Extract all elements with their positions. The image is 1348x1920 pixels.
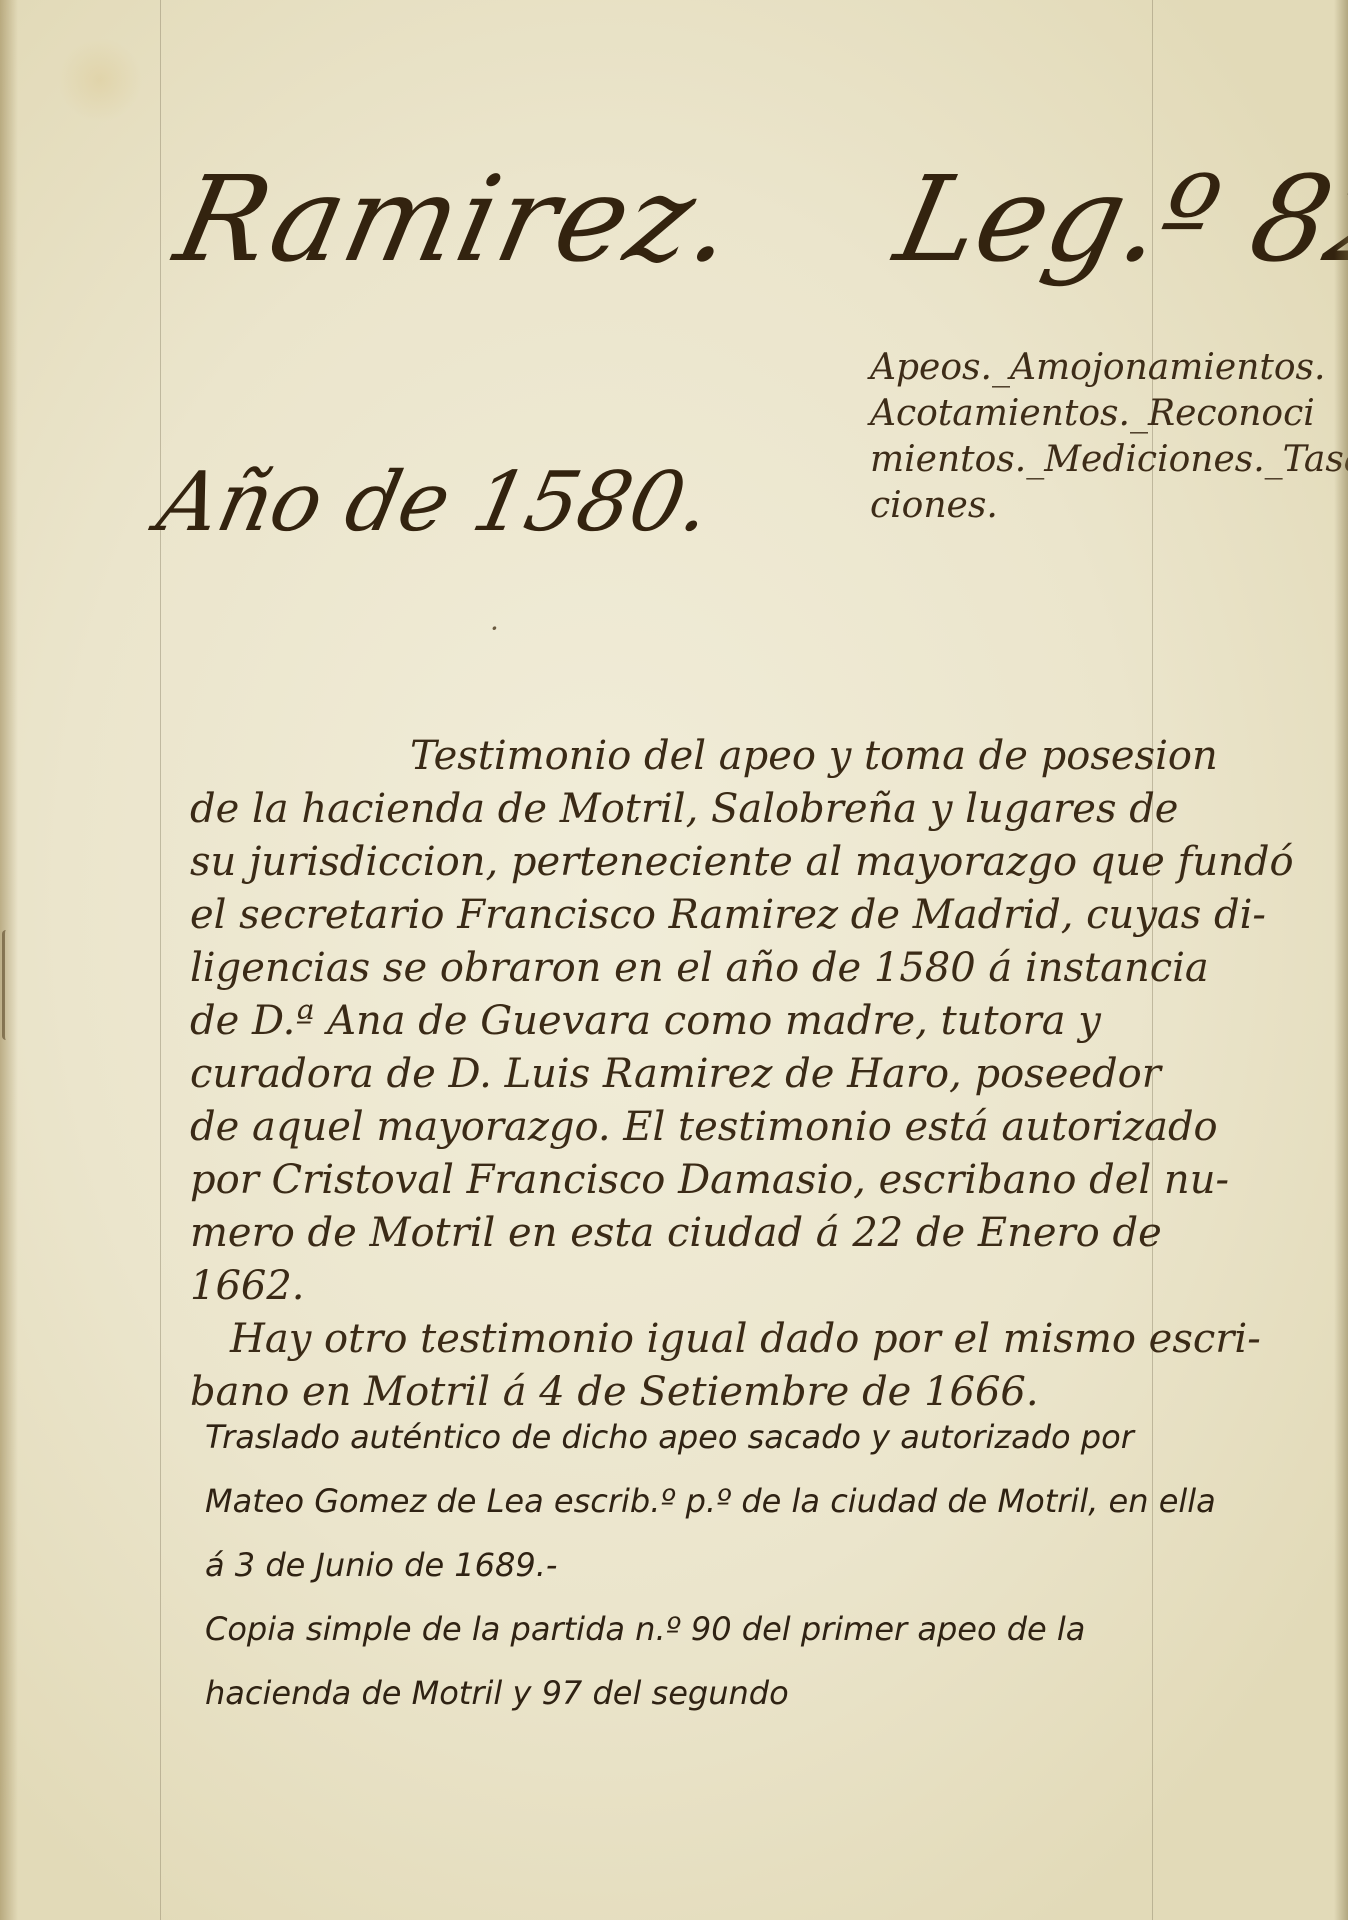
- separator-dot: ·: [490, 612, 499, 645]
- body-line: 1662.: [190, 1260, 1330, 1313]
- subject-keywords: Apeos._Amojonamientos. Acotamientos._Rec…: [870, 345, 1340, 529]
- legajo-number: Leg.º 82.: [885, 150, 1348, 288]
- annotation-line: Copia simple de la partida n.º 90 del pr…: [205, 1597, 1305, 1661]
- body-line: de aquel mayorazgo. El testimonio está a…: [190, 1101, 1330, 1154]
- body-line: por Cristoval Francisco Damasio, escriba…: [190, 1154, 1330, 1207]
- body-line: curadora de D. Luis Ramirez de Haro, pos…: [190, 1048, 1330, 1101]
- left-margin-rule: [160, 0, 161, 1920]
- body-line: Testimonio del apeo y toma de posesion: [190, 730, 1330, 783]
- annotation-line: hacienda de Motril y 97 del segundo: [205, 1661, 1305, 1725]
- second-testimony-line: Hay otro testimonio igual dado por el mi…: [190, 1313, 1330, 1366]
- year-heading: Año de 1580.: [150, 455, 719, 550]
- testimony-summary: Testimonio del apeo y toma de posesion d…: [190, 730, 1330, 1419]
- body-line: su jurisdiccion, perteneciente al mayora…: [190, 836, 1330, 889]
- annotation-line: Traslado auténtico de dicho apeo sacado …: [205, 1405, 1305, 1469]
- body-line: de D.ª Ana de Guevara como madre, tutora…: [190, 995, 1330, 1048]
- annotation-line: Mateo Gomez de Lea escrib.º p.º de la ci…: [205, 1469, 1305, 1533]
- body-line: el secretario Francisco Ramirez de Madri…: [190, 889, 1330, 942]
- binding-edge-mark: [2, 930, 11, 1040]
- surname-heading: Ramirez.: [165, 150, 748, 288]
- body-line: mero de Motril en esta ciudad á 22 de En…: [190, 1207, 1330, 1260]
- annotation-line: á 3 de Junio de 1689.-: [205, 1533, 1305, 1597]
- manuscript-page: Ramirez. Leg.º 82. Año de 1580. Apeos._A…: [0, 0, 1348, 1920]
- body-line: ligencias se obraron en el año de 1580 á…: [190, 942, 1330, 995]
- body-line: de la hacienda de Motril, Salobreña y lu…: [190, 783, 1330, 836]
- later-annotations: Traslado auténtico de dicho apeo sacado …: [205, 1405, 1305, 1725]
